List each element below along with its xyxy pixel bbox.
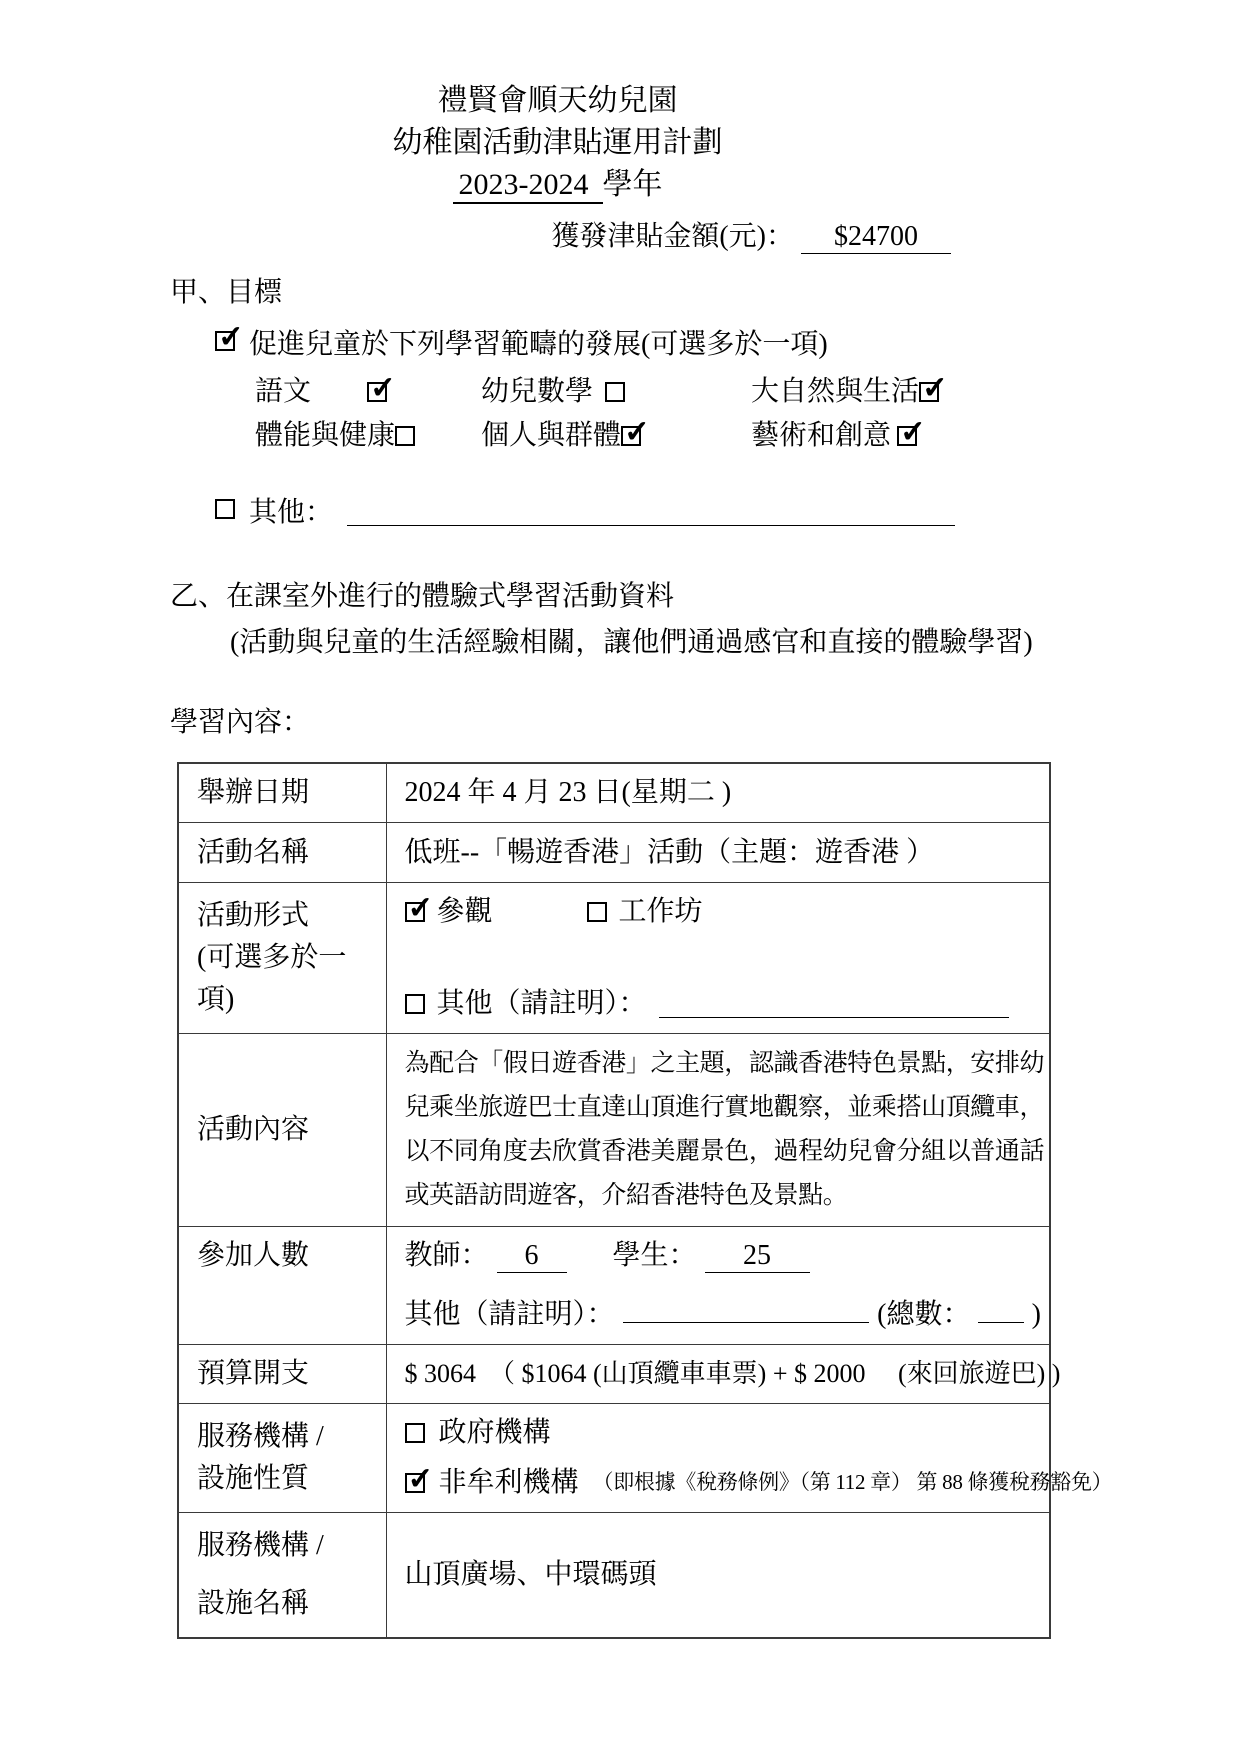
participants-total-label: (總數： [877,1294,970,1336]
section-b: 乙、在課室外進行的體驗式學習活動資料 (活動與兒童的生活經驗相關，讓他們通過感官… [170,576,1055,744]
teacher-count-field[interactable]: 6 [497,1241,567,1273]
event-date-value: 2024 年 4 月 23 日(星期二 ) [386,763,1050,823]
grant-amount-label: 獲發津貼金額(元)： [551,221,794,252]
format-other-line: 其他（請註明）： [405,983,1042,1025]
format-options-line: 參觀 工作坊 [405,891,1042,933]
domain-nature: 大自然與生活 [751,371,939,413]
domain-physical-label: 體能與健康 [255,415,395,457]
format-workshop-checkbox[interactable] [587,902,607,922]
domain-nature-label: 大自然與生活 [751,371,919,413]
teacher-label: 教師： [405,1235,489,1277]
activity-format-label: 活動形式 [197,895,378,937]
grant-amount-field[interactable]: $24700 [801,222,951,254]
org-gov-checkbox[interactable] [405,1423,425,1443]
domain-math: 幼兒數學 [481,371,751,413]
domain-language: 語文 [255,371,481,413]
goal-other-field[interactable] [347,498,955,526]
section-b-heading: 乙、在課室外進行的體驗式學習活動資料 [170,576,1055,618]
budget-value: $ 3064 （ $1064 (山頂纜車車票) + $ 2000 (來回旅遊巴)… [405,1359,1061,1388]
domain-personal-label: 個人與群體 [481,415,621,457]
goal-main-label: 促進兒童於下列學習範疇的發展(可選多於一項) [249,324,828,366]
domain-physical: 體能與健康 [255,415,481,457]
goal-other-label: 其他： [249,492,333,534]
domain-personal-checkbox[interactable] [621,426,641,446]
domain-row-1: 語文 幼兒數學 大自然與生活 [255,370,1055,414]
activity-form-table: 舉辦日期 2024 年 4 月 23 日(星期二 ) 活動名稱 低班--「暢遊香… [177,762,1051,1639]
format-visit-label: 參觀 [437,891,493,933]
student-count-field[interactable]: 25 [705,1241,810,1273]
school-year-value: 2023-2024 [453,168,603,204]
domain-language-label: 語文 [255,371,367,413]
activity-name-label: 活動名稱 [178,823,386,883]
org-name-value: 山頂廣場、中環碼頭 [386,1513,1050,1638]
org-gov-label: 政府機構 [439,1412,551,1454]
budget-label: 預算開支 [178,1345,386,1404]
goal-main-option: 促進兒童於下列學習範疇的發展(可選多於一項) [170,324,1055,366]
org-nonprofit-label: 非牟利機構 [439,1462,579,1504]
event-date-label: 舉辦日期 [178,763,386,823]
student-label: 學生： [613,1235,697,1277]
format-visit-checkbox[interactable] [405,902,425,922]
format-other-checkbox[interactable] [405,994,425,1014]
section-a: 甲、目標 促進兒童於下列學習範疇的發展(可選多於一項) 語文 幼兒數學 大自然與… [170,272,1055,534]
activity-content-value: 為配合「假日遊香港」之主題，認識香港特色景點，安排幼 兒乘坐旅遊巴士直達山頂進行… [405,1042,1042,1218]
activity-content-label: 活動內容 [178,1034,386,1227]
org-type-gov-line: 政府機構 [405,1412,1042,1454]
participants-counts-line: 教師： 6 學生： 25 [405,1235,1042,1277]
plan-title: 幼稚園活動津貼運用計劃 [170,122,945,164]
row-activity-format: 活動形式 (可選多於一項) 參觀 工作坊 其他（請註明）： [178,883,1050,1034]
row-activity-name: 活動名稱 低班--「暢遊香港」活動（主題：遊香港 ） [178,823,1050,883]
row-org-type: 服務機構 / 設施性質 政府機構 非牟利機構 （即根據《稅務條例》（第 112 … [178,1404,1050,1513]
activity-name-value: 低班--「暢遊香港」活動（主題：遊香港 ） [386,823,1050,883]
format-other-field[interactable] [659,990,1009,1018]
participants-other-line: 其他（請註明）： (總數： ) [405,1294,1042,1336]
row-budget: 預算開支 $ 3064 （ $1064 (山頂纜車車票) + $ 2000 (來… [178,1345,1050,1404]
row-event-date: 舉辦日期 2024 年 4 月 23 日(星期二 ) [178,763,1050,823]
format-other-label: 其他（請註明）： [437,983,647,1025]
domain-art-label: 藝術和創意 [751,415,897,457]
org-type-label-line2: 設施性質 [197,1458,378,1500]
section-b-subheading: (活動與兒童的生活經驗相關，讓他們通過感官和直接的體驗學習) [170,622,1055,664]
document-header: 禮賢會順天幼兒園 幼稚園活動津貼運用計劃 2023-2024學年 [170,80,945,206]
goal-other-checkbox[interactable] [215,499,235,519]
participants-total-field[interactable] [978,1295,1023,1323]
row-activity-content: 活動內容 為配合「假日遊香港」之主題，認識香港特色景點，安排幼 兒乘坐旅遊巴士直… [178,1034,1050,1227]
school-year-suffix: 學年 [603,168,663,201]
section-a-heading: 甲、目標 [170,272,1055,314]
learning-domain-grid: 語文 幼兒數學 大自然與生活 體能與健康 個人與群體 [170,370,1055,458]
school-name: 禮賢會順天幼兒園 [170,80,945,122]
row-org-name: 服務機構 / 設施名稱 山頂廣場、中環碼頭 [178,1513,1050,1638]
domain-physical-checkbox[interactable] [395,426,415,446]
domain-math-checkbox[interactable] [605,382,625,402]
format-workshop-label: 工作坊 [619,891,703,933]
domain-math-label: 幼兒數學 [481,371,605,413]
org-nonprofit-checkbox[interactable] [405,1473,425,1493]
goal-main-checkbox[interactable] [215,331,235,351]
domain-art-checkbox[interactable] [897,426,917,446]
participants-other-label: 其他（請註明）： [405,1294,615,1336]
org-nonprofit-note: （即根據《稅務條例》（第 112 章） 第 88 條獲稅務豁免） [593,1467,1113,1499]
org-name-label-line2: 設施名稱 [197,1583,378,1625]
activity-format-note: (可選多於一項) [197,937,378,1021]
participants-label: 參加人數 [178,1227,386,1345]
org-name-label-line1: 服務機構 / [197,1525,378,1567]
school-year-line: 2023-2024學年 [170,164,945,206]
org-type-nonprofit-line: 非牟利機構 （即根據《稅務條例》（第 112 章） 第 88 條獲稅務豁免） [405,1462,1042,1504]
participants-total-suffix: ) [1032,1294,1041,1336]
learning-content-label: 學習內容： [170,702,1055,744]
goal-other-option: 其他： [170,492,1055,534]
grant-amount-line: 獲發津貼金額(元)： $24700 [170,216,1055,258]
row-participants: 參加人數 教師： 6 學生： 25 其他（請註明）： (總數： [178,1227,1050,1345]
domain-art: 藝術和創意 [751,415,917,457]
org-type-label-line1: 服務機構 / [197,1416,378,1458]
domain-row-2: 體能與健康 個人與群體 藝術和創意 [255,414,1055,458]
domain-nature-checkbox[interactable] [919,382,939,402]
participants-other-field[interactable] [623,1295,870,1323]
domain-language-checkbox[interactable] [367,382,387,402]
document-page: 禮賢會順天幼兒園 幼稚園活動津貼運用計劃 2023-2024學年 獲發津貼金額(… [170,0,1055,1639]
domain-personal: 個人與群體 [481,415,751,457]
